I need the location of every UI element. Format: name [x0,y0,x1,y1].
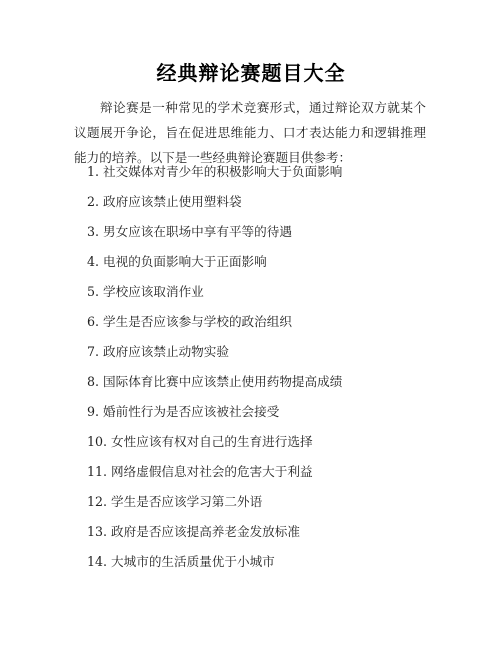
list-item: 12. 学生是否应该学习第二外语 [87,493,342,523]
list-item: 10. 女性应该有权对自己的生育进行选择 [87,433,342,463]
debate-topic-list: 1. 社交媒体对青少年的积极影响大于负面影响 2. 政府应该禁止使用塑料袋 3.… [87,163,342,583]
list-item: 13. 政府是否应该提高养老金发放标准 [87,523,342,553]
list-item: 5. 学校应该取消作业 [87,283,342,313]
list-item: 9. 婚前性行为是否应该被社会接受 [87,403,342,433]
list-item: 8. 国际体育比赛中应该禁止使用药物提高成绩 [87,373,342,403]
list-item: 2. 政府应该禁止使用塑料袋 [87,193,342,223]
intro-paragraph: 辩论赛是一种常见的学术竞赛形式，通过辩论双方就某个议题展开争论，旨在促进思维能力… [74,95,426,170]
document-title: 经典辩论赛题目大全 [0,60,502,86]
list-item: 14. 大城市的生活质量优于小城市 [87,553,342,583]
list-item: 4. 电视的负面影响大于正面影响 [87,253,342,283]
list-item: 1. 社交媒体对青少年的积极影响大于负面影响 [87,163,342,193]
document-page: 经典辩论赛题目大全 辩论赛是一种常见的学术竞赛形式，通过辩论双方就某个议题展开争… [0,0,502,649]
list-item: 3. 男女应该在职场中享有平等的待遇 [87,223,342,253]
list-item: 7. 政府应该禁止动物实验 [87,343,342,373]
list-item: 6. 学生是否应该参与学校的政治组织 [87,313,342,343]
list-item: 11. 网络虚假信息对社会的危害大于利益 [87,463,342,493]
